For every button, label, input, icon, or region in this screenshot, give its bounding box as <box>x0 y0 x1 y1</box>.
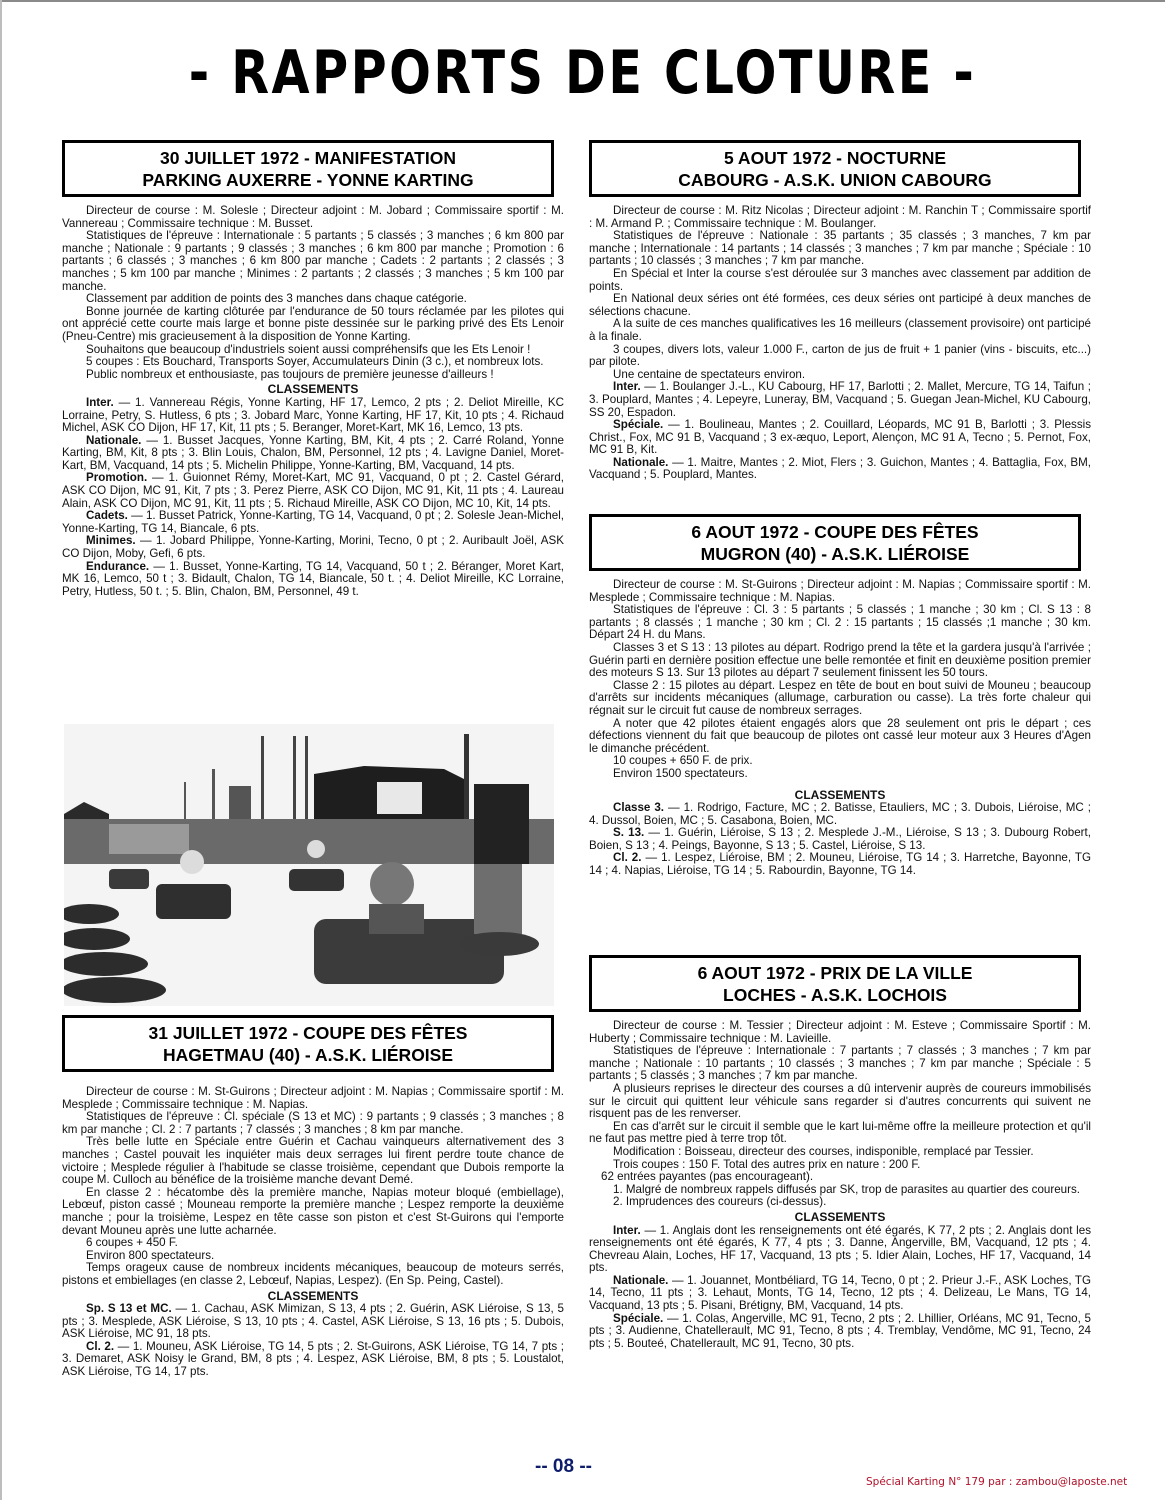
heading-line-1: 5 AOUT 1972 - NOCTURNE <box>598 147 1072 169</box>
classements-heading: CLASSEMENTS <box>62 383 564 396</box>
category-label: Minimes. <box>86 534 136 547</box>
page-border-left <box>0 0 2 1500</box>
article-loches: 6 AOUT 1972 - PRIX DE LA VILLE LOCHES - … <box>589 955 1091 1350</box>
category-label: Inter. <box>86 396 114 409</box>
paragraph: Public nombreux et enthousiaste, pas tou… <box>62 369 564 382</box>
classement-text: — 1. Colas, Angerville, MC 91, Tecno, 2 … <box>589 1312 1091 1350</box>
article-body: Directeur de course : M. Ritz Nicolas ; … <box>589 205 1091 482</box>
classement-text: — 1. Busset Patrick, Yonne-Karting, TG 1… <box>62 509 564 535</box>
paragraph: 5 coupes : Ets Bouchard, Transports Soye… <box>62 356 564 369</box>
category-label: Spéciale. <box>613 1312 663 1325</box>
classements-heading: CLASSEMENTS <box>62 1290 564 1303</box>
classement-text: — 1. Lespez, Liéroise, BM ; 2. Mouneu, L… <box>589 851 1091 877</box>
heading-line-2: PARKING AUXERRE - YONNE KARTING <box>71 169 545 191</box>
paragraph: Très belle lutte en Spéciale entre Guéri… <box>62 1136 564 1186</box>
article-heading: 6 AOUT 1972 - PRIX DE LA VILLE LOCHES - … <box>589 955 1081 1012</box>
paragraph: 2. Imprudences des coureurs (ci-dessus). <box>589 1196 1091 1209</box>
paragraph: Statistiques de l'épreuve : Cl. spéciale… <box>62 1111 564 1136</box>
classement-entry: Inter. — 1. Boulanger J.-L., KU Cabourg,… <box>589 381 1091 419</box>
paragraph: A plusieurs reprises le directeur des co… <box>589 1083 1091 1121</box>
article-heading: 30 JUILLET 1972 - MANIFESTATION PARKING … <box>62 140 554 197</box>
category-label: Endurance. <box>86 560 149 573</box>
paragraph: En Spécial et Inter la course s'est déro… <box>589 268 1091 293</box>
classement-entry: Classe 3. — 1. Rodrigo, Facture, MC ; 2.… <box>589 802 1091 827</box>
paragraph: Statistiques de l'épreuve : Internationa… <box>62 230 564 293</box>
page-border-top <box>0 0 1165 2</box>
paragraph: Classe 2 : 15 pilotes au départ. Lespez … <box>589 680 1091 718</box>
classement-text: — 1. Guérin, Liéroise, S 13 ; 2. Mespled… <box>589 826 1091 852</box>
paragraph: Classement par addition de points des 3 … <box>62 293 564 306</box>
heading-line-1: 6 AOUT 1972 - COUPE DES FÊTES <box>598 521 1072 543</box>
classement-entry: Cl. 2. — 1. Lespez, Liéroise, BM ; 2. Mo… <box>589 852 1091 877</box>
paragraph: Statistiques de l'épreuve : Nationale : … <box>589 230 1091 268</box>
category-label: Inter. <box>613 1224 641 1237</box>
article-body: Directeur de course : M. Solesle ; Direc… <box>62 205 564 598</box>
classement-text: — 1. Vannereau Régis, Yonne Karting, HF … <box>62 396 564 434</box>
paragraph: En National deux séries ont été formées,… <box>589 293 1091 318</box>
paragraph: Directeur de course : M. Solesle ; Direc… <box>62 205 564 230</box>
category-label: Nationale. <box>86 434 141 447</box>
article-cabourg: 5 AOUT 1972 - NOCTURNE CABOURG - A.S.K. … <box>589 140 1091 482</box>
heading-line-2: MUGRON (40) - A.S.K. LIÉROISE <box>598 543 1072 565</box>
classement-text: — 1. Boulanger J.-L., KU Cabourg, HF 17,… <box>589 380 1091 418</box>
paragraph: 3 coupes, divers lots, valeur 1.000 F., … <box>589 344 1091 369</box>
category-label: Cadets. <box>86 509 128 522</box>
classement-entry: Cadets. — 1. Busset Patrick, Yonne-Karti… <box>62 510 564 535</box>
credit-line: Spécial Karting N° 179 par : zambou@lapo… <box>866 1476 1127 1488</box>
classement-entry: Nationale. — 1. Jouannet, Montbéliard, T… <box>589 1275 1091 1313</box>
classement-entry: Inter. — 1. Anglais dont les renseigneme… <box>589 1225 1091 1275</box>
classement-entry: Minimes. — 1. Jobard Philippe, Yonne-Kar… <box>62 535 564 560</box>
category-label: Spéciale. <box>613 418 663 431</box>
classement-entry: Nationale. — 1. Busset Jacques, Yonne Ka… <box>62 435 564 473</box>
paragraph: En cas d'arrêt sur le circuit il semble … <box>589 1121 1091 1146</box>
classement-text: — 1. Anglais dont les renseignements ont… <box>589 1224 1091 1275</box>
category-label: Cl. 2. <box>613 851 641 864</box>
classement-entry: Sp. S 13 et MC. — 1. Cachau, ASK Mimizan… <box>62 1303 564 1341</box>
article-auxerre: 30 JUILLET 1972 - MANIFESTATION PARKING … <box>62 140 564 598</box>
category-label: Nationale. <box>613 1274 668 1287</box>
classements-heading: CLASSEMENTS <box>589 789 1091 802</box>
paragraph: En classe 2 : hécatombe dès la première … <box>62 1187 564 1237</box>
category-label: Sp. S 13 et MC. <box>86 1302 172 1315</box>
karting-photo <box>64 724 554 1006</box>
classement-text: — 1. Jobard Philippe, Yonne-Karting, Mor… <box>62 534 564 560</box>
category-label: Promotion. <box>86 471 147 484</box>
category-label: Inter. <box>613 380 641 393</box>
classement-entry: S. 13. — 1. Guérin, Liéroise, S 13 ; 2. … <box>589 827 1091 852</box>
heading-line-1: 6 AOUT 1972 - PRIX DE LA VILLE <box>598 962 1072 984</box>
category-label: S. 13. <box>613 826 644 839</box>
article-body: Directeur de course : M. St-Guirons ; Di… <box>589 579 1091 878</box>
classement-entry: Spéciale. — 1. Boulineau, Mantes ; 2. Co… <box>589 419 1091 457</box>
paragraph: Classes 3 et S 13 : 13 pilotes au départ… <box>589 642 1091 680</box>
classement-text: — 1. Boulineau, Mantes ; 2. Couillard, L… <box>589 418 1091 456</box>
paragraph: Directeur de course : M. St-Guirons ; Di… <box>589 579 1091 604</box>
paragraph: Directeur de course : M. Ritz Nicolas ; … <box>589 205 1091 230</box>
page-number: -- 08 -- <box>535 1456 592 1478</box>
classement-entry: Nationale. — 1. Maitre, Mantes ; 2. Miot… <box>589 457 1091 482</box>
classement-text: — 1. Rodrigo, Facture, MC ; 2. Batisse, … <box>589 801 1091 827</box>
paragraph: 6 coupes + 450 F. <box>62 1237 564 1250</box>
paragraph: Statistiques de l'épreuve : Cl. 3 : 5 pa… <box>589 604 1091 642</box>
article-heading: 31 JUILLET 1972 - COUPE DES FÊTES HAGETM… <box>62 1015 554 1072</box>
heading-line-2: CABOURG - A.S.K. UNION CABOURG <box>598 169 1072 191</box>
paragraph: Directeur de course : M. St-Guirons ; Di… <box>62 1086 564 1111</box>
paragraph: Environ 1500 spectateurs. <box>589 768 1091 781</box>
heading-line-1: 30 JUILLET 1972 - MANIFESTATION <box>71 147 545 169</box>
classement-entry: Endurance. — 1. Busset, Yonne-Karting, T… <box>62 561 564 599</box>
paragraph: A noter que 42 pilotes étaient engagés a… <box>589 718 1091 756</box>
paragraph: Modification : Boisseau, directeur des c… <box>589 1146 1091 1159</box>
article-heading: 5 AOUT 1972 - NOCTURNE CABOURG - A.S.K. … <box>589 140 1081 197</box>
classement-entry: Inter. — 1. Vannereau Régis, Yonne Karti… <box>62 397 564 435</box>
classement-entry: Promotion. — 1. Guionnet Rémy, Moret-Kar… <box>62 472 564 510</box>
heading-line-2: HAGETMAU (40) - A.S.K. LIÉROISE <box>71 1044 545 1066</box>
article-hagetmau: 31 JUILLET 1972 - COUPE DES FÊTES HAGETM… <box>62 1015 564 1379</box>
category-label: Classe 3. <box>613 801 664 814</box>
classements-heading: CLASSEMENTS <box>589 1211 1091 1224</box>
classement-entry: Cl. 2. — 1. Mouneu, ASK Liéroise, TG 14,… <box>62 1341 564 1379</box>
paragraph: A la suite de ces manches qualificatives… <box>589 318 1091 343</box>
article-body: Directeur de course : M. St-Guirons ; Di… <box>62 1086 564 1379</box>
article-heading: 6 AOUT 1972 - COUPE DES FÊTES MUGRON (40… <box>589 514 1081 571</box>
paragraph: Statistiques de l'épreuve : Internationa… <box>589 1045 1091 1083</box>
heading-line-2: LOCHES - A.S.K. LOCHOIS <box>598 984 1072 1006</box>
classement-entry: Spéciale. — 1. Colas, Angerville, MC 91,… <box>589 1313 1091 1351</box>
article-mugron: 6 AOUT 1972 - COUPE DES FÊTES MUGRON (40… <box>589 514 1091 878</box>
paragraph: Directeur de course : M. Tessier ; Direc… <box>589 1020 1091 1045</box>
page-title: - RAPPORTS DE CLOTURE - <box>105 38 1060 108</box>
paragraph: Temps orageux cause de nombreux incident… <box>62 1262 564 1287</box>
classement-text: — 1. Mouneu, ASK Liéroise, TG 14, 5 pts … <box>62 1340 564 1378</box>
paragraph: 62 entrées payantes (pas encourageant). <box>589 1171 1091 1184</box>
category-label: Nationale. <box>613 456 668 469</box>
paragraph: Bonne journée de karting clôturée par l'… <box>62 306 564 344</box>
article-body: Directeur de course : M. Tessier ; Direc… <box>589 1020 1091 1350</box>
category-label: Cl. 2. <box>86 1340 114 1353</box>
heading-line-1: 31 JUILLET 1972 - COUPE DES FÊTES <box>71 1022 545 1044</box>
